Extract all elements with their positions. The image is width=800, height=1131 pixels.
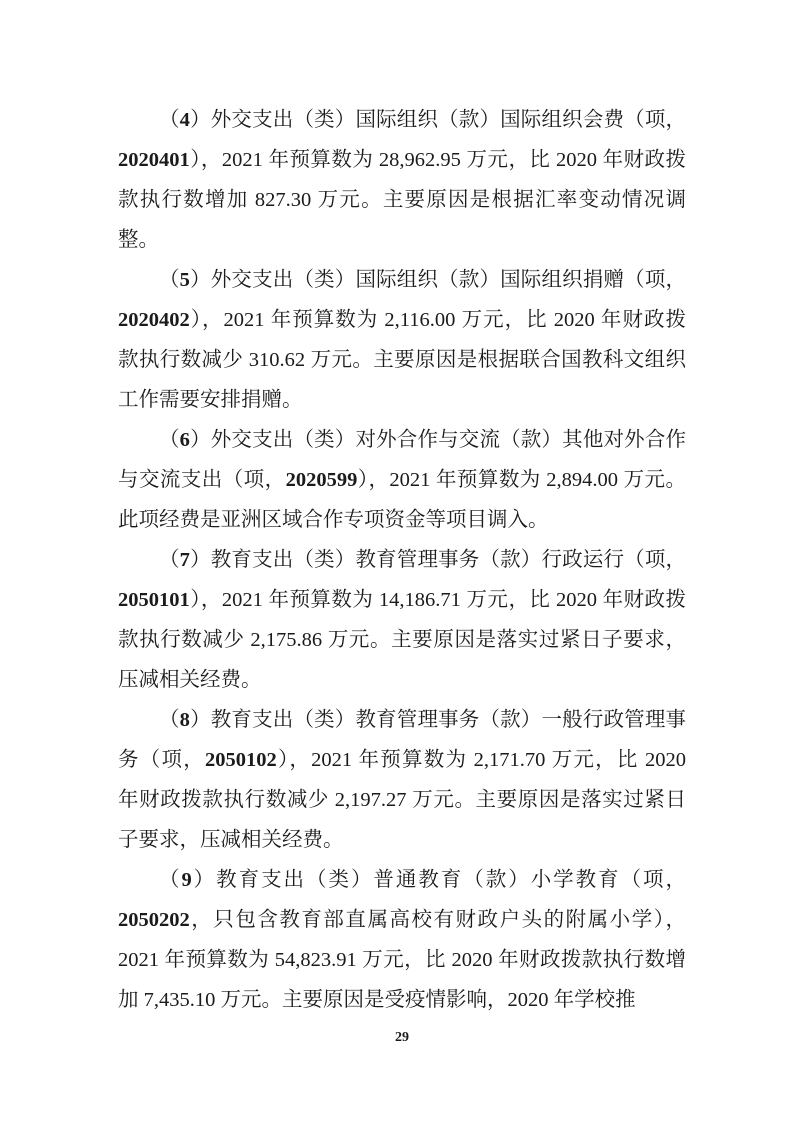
paragraph-item-7: （7）教育支出（类）教育管理事务（款）行政运行（项，2050101），2021 … [118,540,686,700]
document-body: （4）外交支出（类）国际组织（款）国际组织会费（项，2020401），2021 … [118,100,686,1020]
paragraph-text: ），2021 年预算数为 14,186.71 万元，比 2020 年财政拨款执行… [118,589,686,691]
paragraph-text: ）教育支出（类）教育管理事务（款）行政运行（项， [190,549,686,571]
paragraph-text: （ [159,549,180,571]
paragraph-item-8: （8）教育支出（类）教育管理事务（款）一般行政管理事务（项，2050102），2… [118,700,686,860]
document-page: （4）外交支出（类）国际组织（款）国际组织会费（项，2020401），2021 … [0,0,800,1131]
paragraph-text: （ [159,429,180,451]
item-number: 4 [180,109,190,131]
paragraph-item-4: （4）外交支出（类）国际组织（款）国际组织会费（项，2020401），2021 … [118,100,686,260]
item-number: 9 [181,869,191,891]
paragraph-item-9: （9）教育支出（类）普通教育（款）小学教育（项，2050202，只包含教育部直属… [118,860,686,1020]
paragraph-text: ），2021 年预算数为 2,116.00 万元，比 2020 年财政拨款执行数… [118,309,686,411]
paragraph-text: （ [159,109,180,131]
item-number: 7 [180,549,190,571]
paragraph-text: ），2021 年预算数为 28,962.95 万元，比 2020 年财政拨款执行… [118,149,686,251]
paragraph-text: （ [159,709,180,731]
budget-code: 2050102 [205,749,277,771]
item-number: 8 [180,709,190,731]
item-number: 5 [180,269,190,291]
paragraph-text: ）外交支出（类）国际组织（款）国际组织捐赠（项， [190,269,686,291]
budget-code: 2020401 [118,149,190,171]
paragraph-item-6: （6）外交支出（类）对外合作与交流（款）其他对外合作与交流支出（项，202059… [118,420,686,540]
page-number: 29 [118,1030,686,1046]
budget-code: 2050202 [118,909,190,931]
budget-code: 2050101 [118,589,190,611]
paragraph-item-5: （5）外交支出（类）国际组织（款）国际组织捐赠（项，2020402），2021 … [118,260,686,420]
budget-code: 2020402 [118,309,190,331]
budget-code: 2020599 [286,469,358,491]
paragraph-text: （ [159,869,181,891]
paragraph-text: ）外交支出（类）国际组织（款）国际组织会费（项， [190,109,686,131]
paragraph-text: ）教育支出（类）普通教育（款）小学教育（项， [192,869,686,891]
paragraph-text: ，只包含教育部直属高校有财政户头的附属小学），2021 年预算数为 54,823… [118,909,686,1011]
paragraph-text: （ [159,269,180,291]
item-number: 6 [180,429,190,451]
